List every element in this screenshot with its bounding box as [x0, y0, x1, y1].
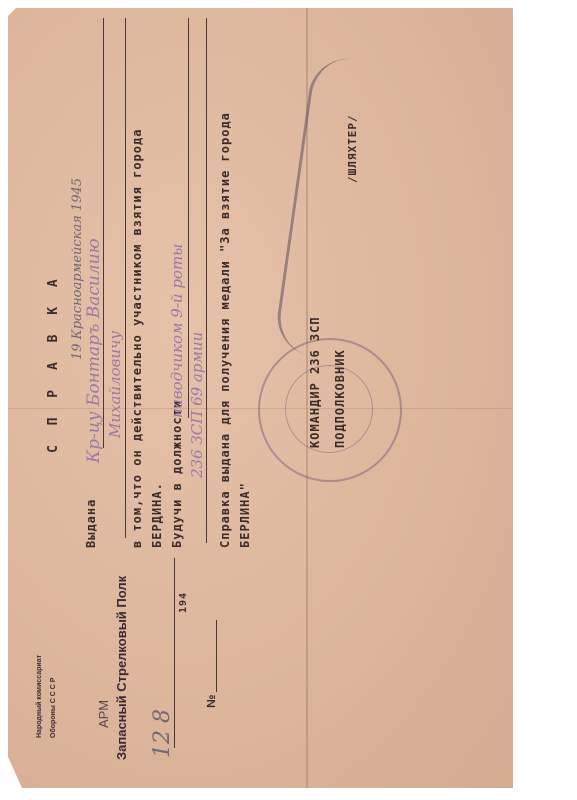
unit-underline [206, 18, 207, 543]
patronymic-handwritten: Михайловичу [106, 331, 124, 438]
commander-signature [273, 54, 397, 363]
commander-name: /ШЛЯХТЕР/ [346, 114, 359, 183]
purpose-line: Справка выдана для получения медали "За … [218, 112, 232, 548]
unit-handwritten: 236 ЗСП 69 армии [188, 332, 206, 478]
ministry-line-1: Народный комиссариат [36, 655, 43, 738]
issued-to-handwritten: Кр-цу Бонтаръ Василию [84, 238, 104, 463]
army-label: АРМ [96, 700, 111, 728]
patronymic-underline [125, 18, 126, 538]
ministry-line-2: Обороны С С С Р [50, 678, 57, 738]
confirm-line: в том,что он действительно участником вз… [130, 129, 144, 548]
position-handwritten: наводчиком 9-й роты [168, 244, 186, 418]
margin-note: 19 Красноармейская 1945 [70, 178, 85, 360]
number-label: № [204, 695, 218, 708]
stamp-emblem [285, 365, 373, 453]
document-paper: 19 Красноармейская 1945 С П Р А В К А Вы… [8, 8, 513, 788]
regiment-stamp [258, 338, 402, 482]
unit-name: Запасный Стрелковый Полк [114, 576, 129, 760]
commander-rank: ПОДПОЛКОВНИК [333, 349, 347, 448]
date-underline [174, 558, 175, 748]
city-line: БЕРДИНА. [150, 482, 164, 548]
issued-label: Выдана [84, 499, 98, 548]
number-underline [216, 620, 217, 692]
purpose-city: БЕРЛИНА" [238, 482, 252, 548]
document-title: С П Р А В К А [46, 273, 61, 453]
date-handwritten: 12 8 [150, 709, 175, 758]
date-year-typed: 194 [178, 592, 189, 613]
position-label: Будучи в должности [170, 400, 184, 548]
issued-underline [103, 18, 104, 448]
commander-line: КОМАНДИР 236 ЗСП [308, 316, 322, 448]
